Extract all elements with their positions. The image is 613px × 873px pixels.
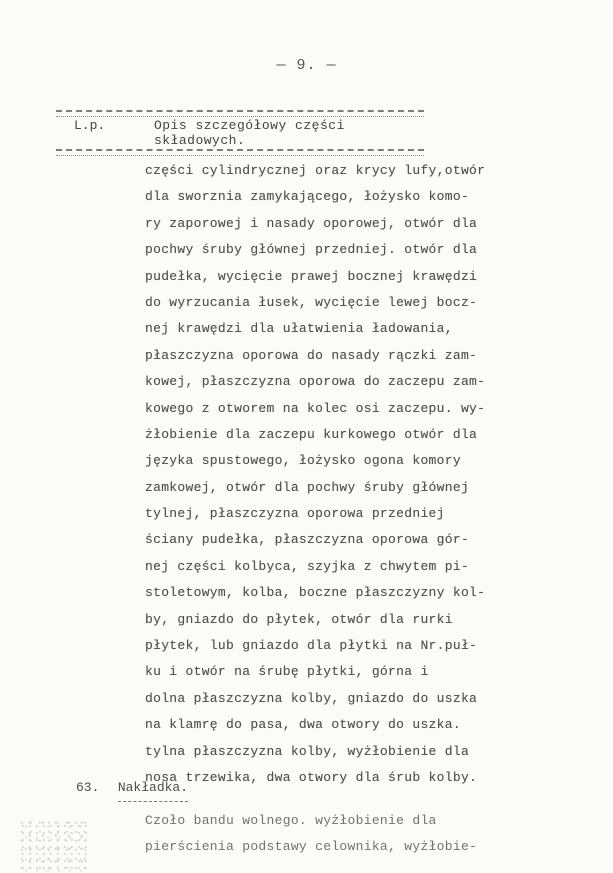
text-line: pochwy śruby głównej przedniej. otwór dl… xyxy=(145,237,485,263)
text-line: nosa trzewika, dwa otwory dla śrub kolby… xyxy=(145,765,485,791)
text-line: kowego z otworem na kolec osi zaczepu. w… xyxy=(145,396,485,422)
text-line: nej krawędzi dla ułatwienia ładowania, xyxy=(145,316,485,342)
text-line: tylnej, płaszczyzna oporowa przedniej xyxy=(145,501,485,527)
text-line: płaszczyzna oporowa do nasady rączki zam… xyxy=(145,343,485,369)
item-63-description: Czoło bandu wolnego. wyżłobienie dla pie… xyxy=(145,808,485,861)
text-line: Czoło bandu wolnego. wyżłobienie dla xyxy=(145,808,485,834)
item-title: Nakładka. xyxy=(118,778,188,802)
text-line: dolna płaszczyzna kolby, gniazdo do uszk… xyxy=(145,686,485,712)
text-line: nej części kolbyca, szyjka z chwytem pi- xyxy=(145,554,485,580)
column-header-description: Opis szczegółowy części składowych. xyxy=(154,118,424,148)
text-line: żłobienie dla zaczepu kurkowego otwór dl… xyxy=(145,422,485,448)
text-line: tylna płaszczyzna kolby, wyżłobienie dla xyxy=(145,739,485,765)
page-number: — 9. — xyxy=(0,57,613,74)
text-line: języka spustowego, łożysko ogona komory xyxy=(145,448,485,474)
text-line: pudełka, wycięcie prawej bocznej krawędz… xyxy=(145,264,485,290)
item-number: 63. xyxy=(76,778,110,798)
text-line: by, gniazdo do płytek, otwór dla rurki xyxy=(145,607,485,633)
text-line: płytek, lub gniazdo dla płytki na Nr.puł… xyxy=(145,633,485,659)
text-line: ry zaporowej i nasady oporowej, otwór dl… xyxy=(145,211,485,237)
header-top-rule xyxy=(56,110,424,117)
table-header: L.p. Opis szczegółowy części składowych. xyxy=(56,110,424,156)
text-line: ściany pudełka, płaszczyzna oporowa gór- xyxy=(145,527,485,553)
text-line: stoletowym, kolba, boczne płaszczyzny ko… xyxy=(145,580,485,606)
scan-noise xyxy=(20,820,90,873)
text-line: części cylindrycznej oraz krycy lufy,otw… xyxy=(145,158,485,184)
header-bottom-rule xyxy=(56,149,424,156)
text-line: ku i otwór na śrubę płytki, górna i xyxy=(145,659,485,685)
text-line: zamkowej, otwór dla pochwy śruby głównej xyxy=(145,475,485,501)
text-line: kowej, płaszczyzna oporowa do zaczepu za… xyxy=(145,369,485,395)
text-line: do wyrzucania łusek, wycięcie lewej bocz… xyxy=(145,290,485,316)
description-continuation: części cylindrycznej oraz krycy lufy,otw… xyxy=(145,158,485,791)
text-line: dla sworznia zamykającego, łożysko komo- xyxy=(145,184,485,210)
column-header-lp: L.p. xyxy=(74,118,154,148)
text-line: pierścienia podstawy celownika, wyżłobie… xyxy=(145,834,485,860)
item-63-heading: 63. Nakładka. xyxy=(76,778,188,802)
text-line: na klamrę do pasa, dwa otwory do uszka. xyxy=(145,712,485,738)
header-row: L.p. Opis szczegółowy części składowych. xyxy=(56,117,424,149)
